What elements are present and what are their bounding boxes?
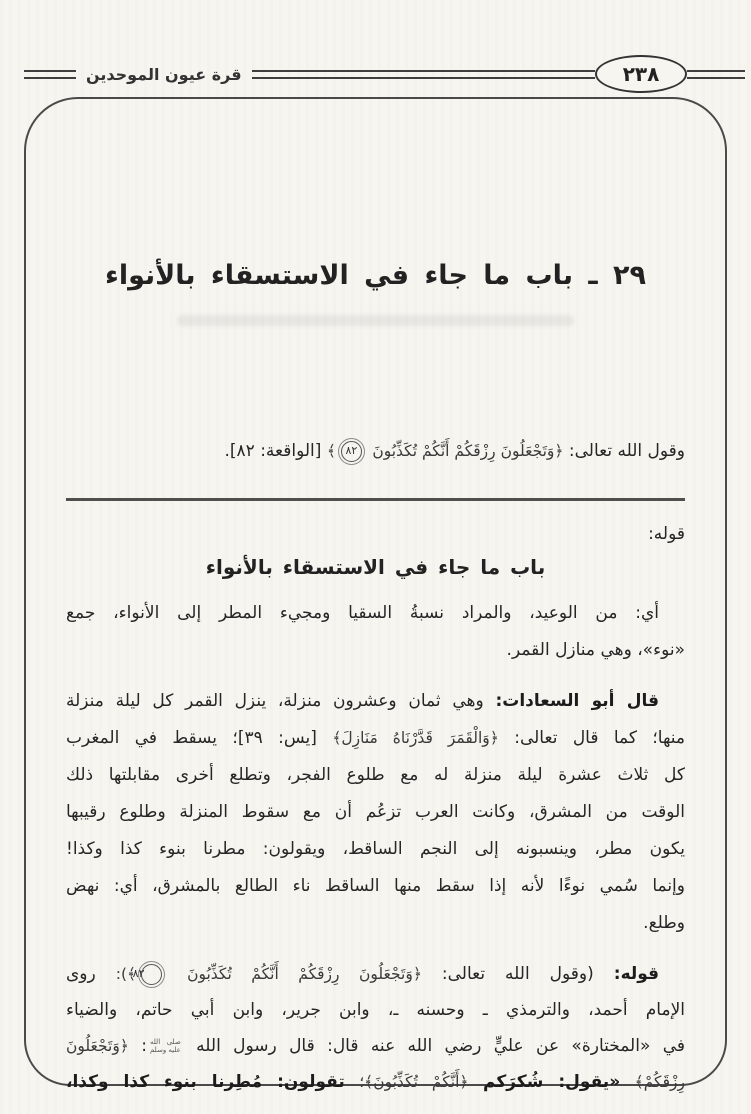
text-run: (وقول الله تعالى: [442, 964, 594, 984]
quran-inline: ﴿وَتَجْعَلُونَ [66, 1037, 129, 1055]
running-header: قرة عيون الموحدين ٢٣٨ [24, 54, 745, 94]
quran-verse: ﴿وَتَجْعَلُونَ رِزْقَكُمْ أَنَّكُمْ تُكَ… [372, 442, 563, 460]
commentary-paragraph-1: أي: من الوعيد، والمراد نسبةُ السقيا ومجي… [66, 595, 685, 669]
ink-bleed-artifact [177, 315, 573, 326]
verse-reference: [الواقعة: ٨٢]. [224, 441, 321, 461]
commentary-paragraph-2: قال أبو السعادات: وهي ثمان وعشرون منزلة،… [66, 683, 685, 942]
page-number: ٢٣٨ [623, 62, 660, 86]
header-rule-left [24, 70, 76, 79]
quran-verse-close: ﴾ [327, 442, 336, 460]
text-run: منها؛ كما قال تعالى: [514, 728, 685, 748]
header-rule-middle [252, 70, 595, 79]
text-line: رِزْقَكُمْ﴾ «يقول: شُكرَكم ﴿أَنَّكُمْ تُ… [66, 1064, 685, 1100]
saw-ligature: صلى اللهعليه وسلم [150, 1038, 181, 1055]
ayah-number-ornament: ٨٢ [341, 441, 362, 462]
qawluhu-label: قوله: [66, 521, 685, 547]
ayah-number-ornament: ٨٢ [141, 964, 162, 985]
chapter-title: ٢٩ ـ باب ما جاء في الاستسقاء بالأنواء [66, 257, 685, 295]
section-divider [66, 498, 685, 501]
text-run: [يس: ٣٩]؛ يسقط في المغرب [66, 728, 317, 748]
quran-inline: ﴿أَنَّكُمْ تُكَذِّبُونَ﴾؛ [359, 1073, 468, 1091]
text-line: أي: من الوعيد، والمراد نسبةُ السقيا ومجي… [66, 595, 685, 632]
saw-bottom: عليه وسلم [150, 1046, 181, 1054]
text-line: قال أبو السعادات: وهي ثمان وعشرون منزلة،… [66, 683, 685, 720]
text-line: الإمام أحمد، والترمذي ـ وحسنه ـ، وابن جر… [66, 992, 685, 1028]
ayah-number: ٨٢ [133, 956, 171, 992]
chapter-verse-line: وقول الله تعالى: ﴿وَتَجْعَلُونَ رِزْقَكُ… [66, 436, 685, 466]
ayah-number: ٨٢ [346, 436, 358, 466]
saw-top: صلى الله [150, 1038, 181, 1046]
text-run: روى [66, 964, 96, 984]
verse-intro: وقول الله تعالى: [569, 441, 685, 461]
text-run: : [141, 1036, 147, 1056]
text-line: وطلع. [66, 905, 685, 942]
qawluhu-inline: قوله: [614, 964, 659, 984]
text-line: يكون مطر، وينسبونه إلى النجم الساقط، ويق… [66, 831, 685, 868]
hadith-text: «يقول: شُكرَكم [483, 1072, 620, 1092]
commentary-paragraph-3: قوله: (وقول الله تعالى: ﴿وَتَجْعَلُونَ ر… [66, 956, 685, 1100]
quran-inline: ﴿وَالْقَمَرَ قَدَّرْنَاهُ مَنَازِلَ﴾ [332, 729, 499, 747]
book-title: قرة عيون الموحدين [86, 65, 242, 84]
content-frame: ٢٩ ـ باب ما جاء في الاستسقاء بالأنواء وق… [24, 97, 727, 1086]
page-number-badge: ٢٣٨ [595, 55, 687, 93]
text-line: «نوء»، وهي منازل القمر. [66, 632, 685, 669]
scanned-book-page: { "header": { "book_title": "قرة عيون ال… [0, 0, 751, 1114]
chapter-subheading: باب ما جاء في الاستسقاء بالأنواء [66, 553, 685, 581]
text-run: وهي ثمان وعشرون منزلة، ينزل القمر كل ليل… [66, 691, 484, 711]
text-line: وإنما سُمي نوءًا لأنه إذا سقط منها الساق… [66, 868, 685, 905]
quran-inline: رِزْقَكُمْ﴾ [635, 1073, 685, 1091]
text-line: منها؛ كما قال تعالى: ﴿وَالْقَمَرَ قَدَّر… [66, 720, 685, 757]
header-rule-right [687, 70, 745, 79]
text-line: كل ثلاث عشرة ليلة منزلة له مع طلوع الفجر… [66, 757, 685, 794]
text-line: الوقت من المشرق، وكانت العرب تزعُم أن مع… [66, 794, 685, 831]
text-run: في «المختارة» عن عليٍّ رضي الله عنه قال:… [196, 1036, 685, 1056]
hadith-text: تقولون: مُطِرنا بنوء كذا وكذا، [66, 1072, 345, 1092]
text-line: في «المختارة» عن عليٍّ رضي الله عنه قال:… [66, 1028, 685, 1064]
quran-inline: ﴿وَتَجْعَلُونَ رِزْقَكُمْ أَنَّكُمْ تُكَ… [187, 965, 422, 983]
text-line: قوله: (وقول الله تعالى: ﴿وَتَجْعَلُونَ ر… [66, 956, 685, 992]
author-name: قال أبو السعادات: [495, 691, 659, 711]
